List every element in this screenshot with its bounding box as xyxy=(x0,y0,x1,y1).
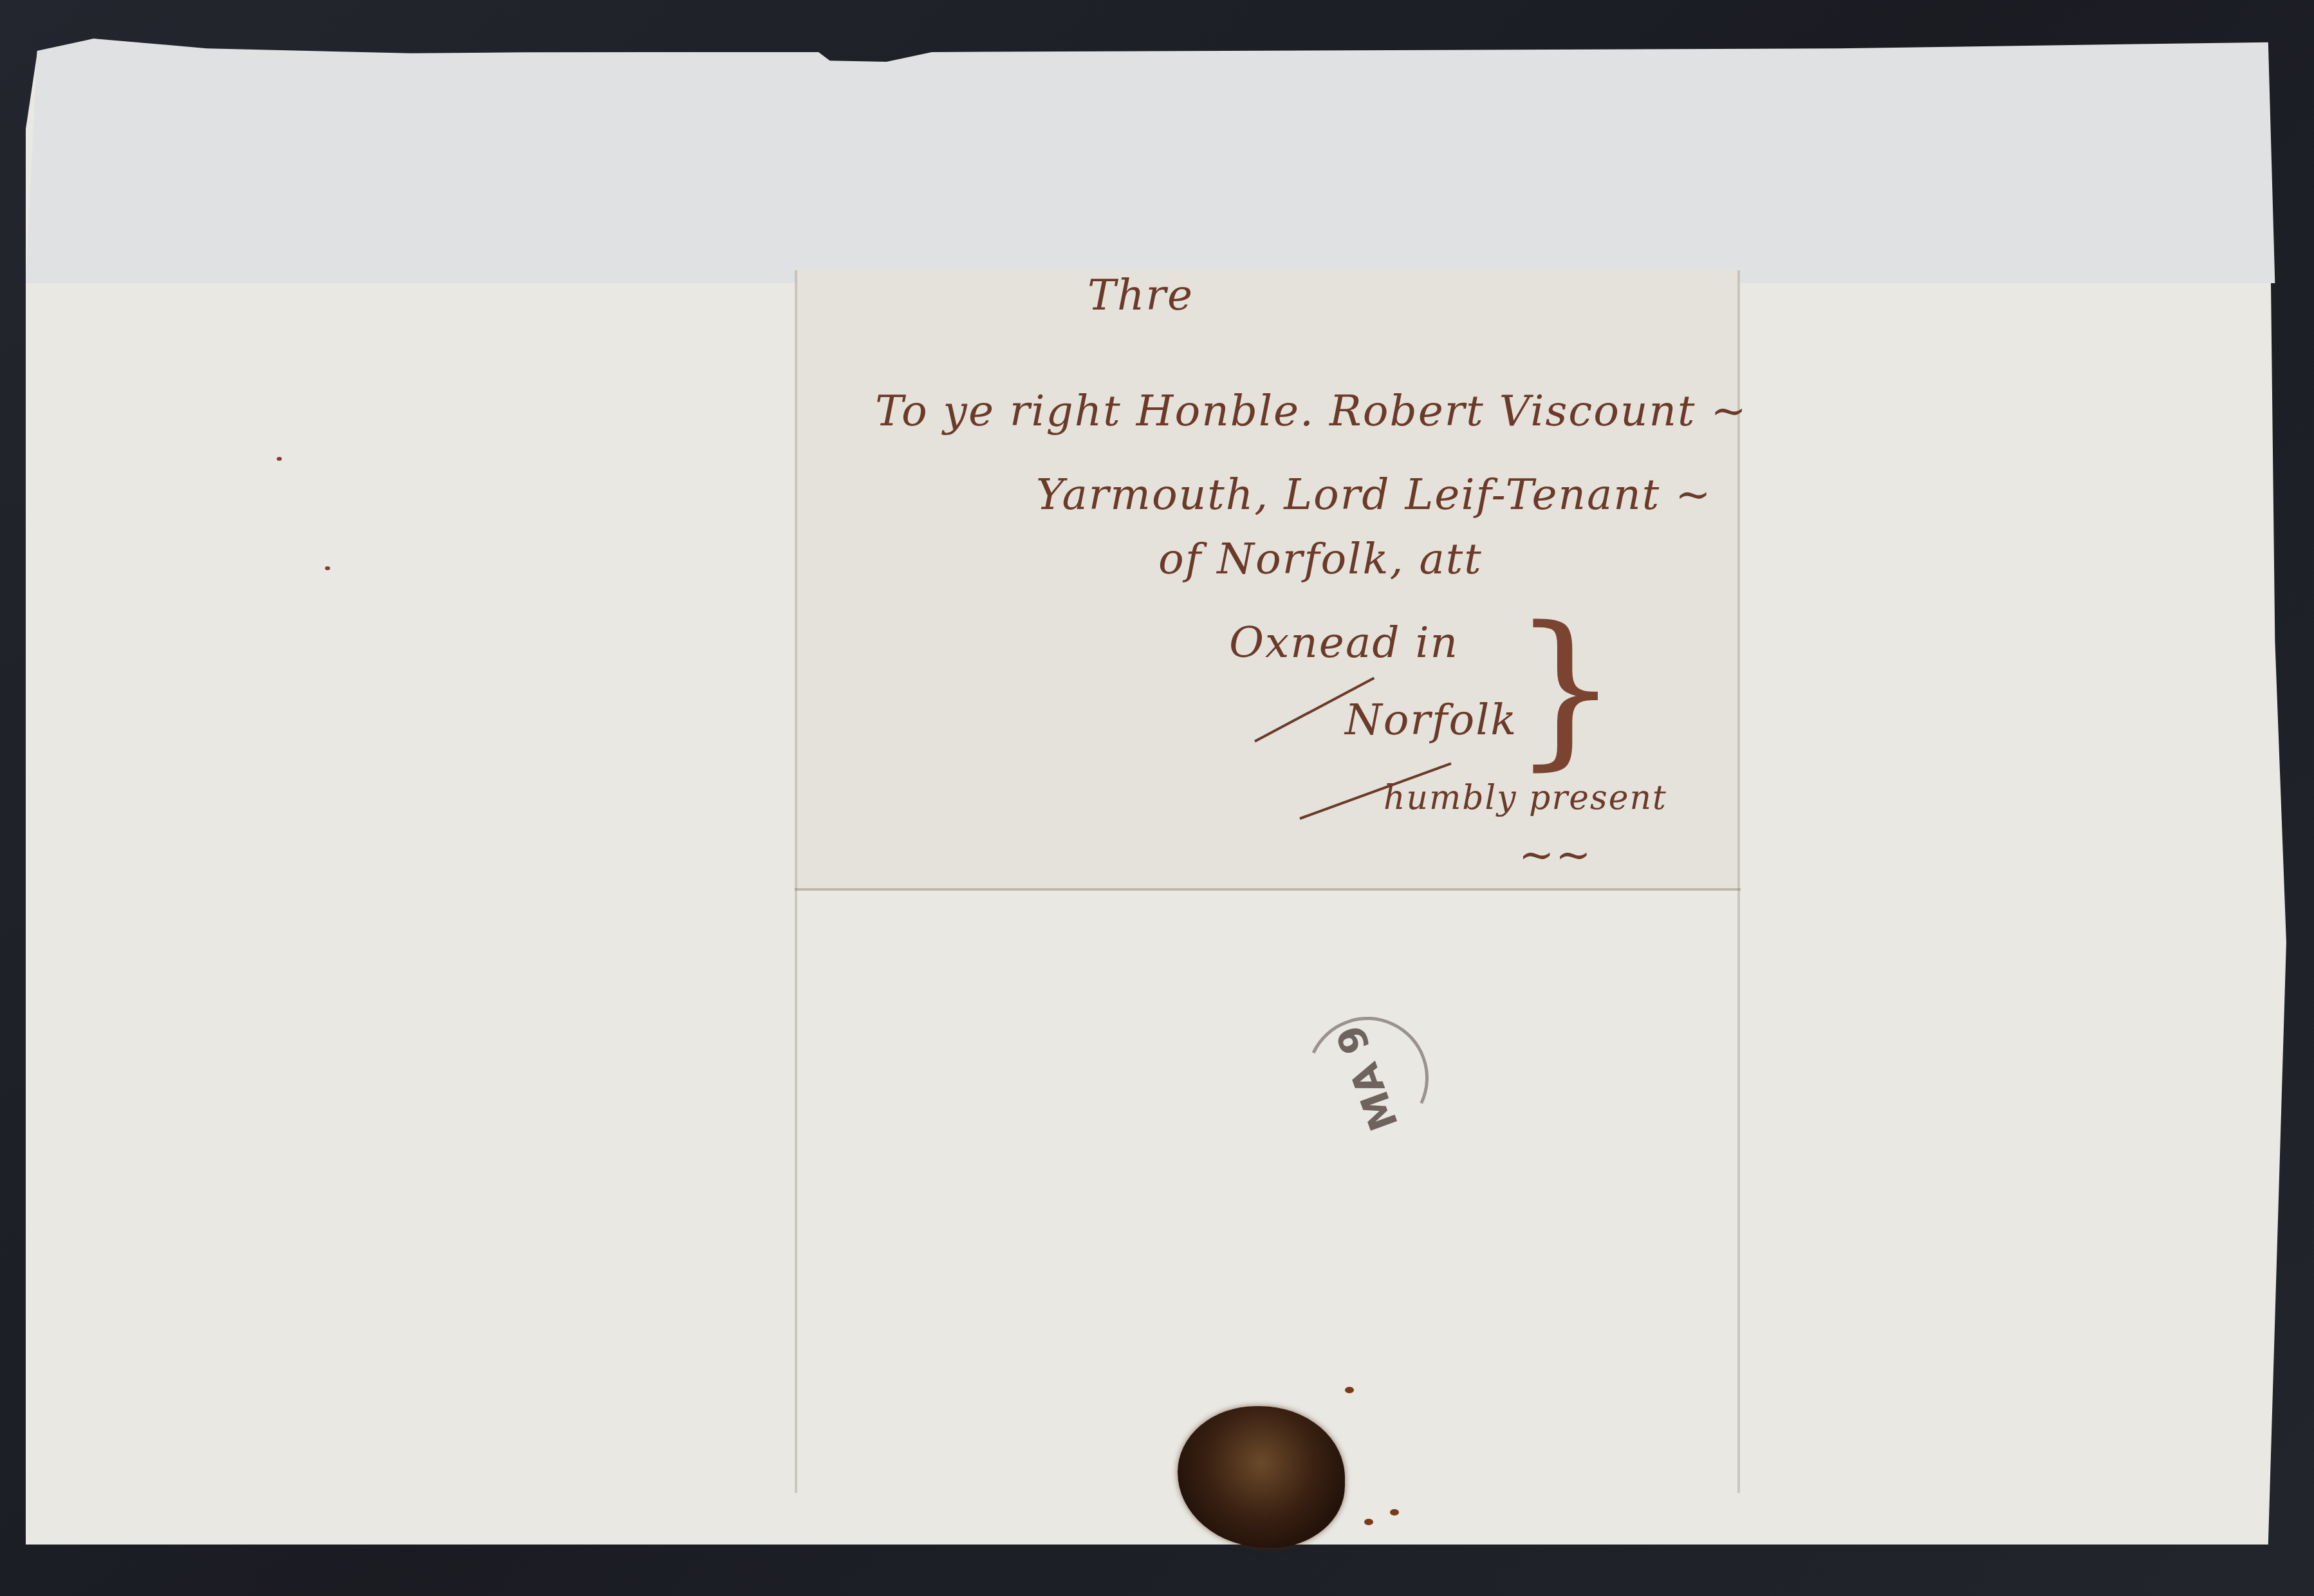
fold-line-left xyxy=(795,270,797,1493)
ink-speck xyxy=(325,566,330,570)
flourish-mark: ~~ xyxy=(1519,830,1593,880)
top-flap xyxy=(26,39,2291,283)
brace-mark: } xyxy=(1512,605,1618,772)
address-line-4: Oxnead in xyxy=(1229,618,1459,667)
wax-splatter xyxy=(1390,1509,1399,1516)
fold-line-right xyxy=(1737,270,1740,1493)
fold-line-horizontal xyxy=(795,888,1741,891)
address-line-1: To ye right Honble. Robert Viscount ~ xyxy=(875,386,1748,436)
address-line-5: Norfolk xyxy=(1345,695,1517,745)
docket-text: Thre xyxy=(1088,270,1194,320)
postmark-text: MA 9 xyxy=(1328,1019,1407,1137)
ink-speck xyxy=(277,457,282,461)
wax-splatter xyxy=(1364,1519,1373,1525)
address-line-3: of Norfolk, att xyxy=(1158,534,1483,584)
wax-splatter xyxy=(1345,1387,1354,1393)
address-line-2: Yarmouth, Lord Leif-Tenant ~ xyxy=(1036,470,1712,519)
